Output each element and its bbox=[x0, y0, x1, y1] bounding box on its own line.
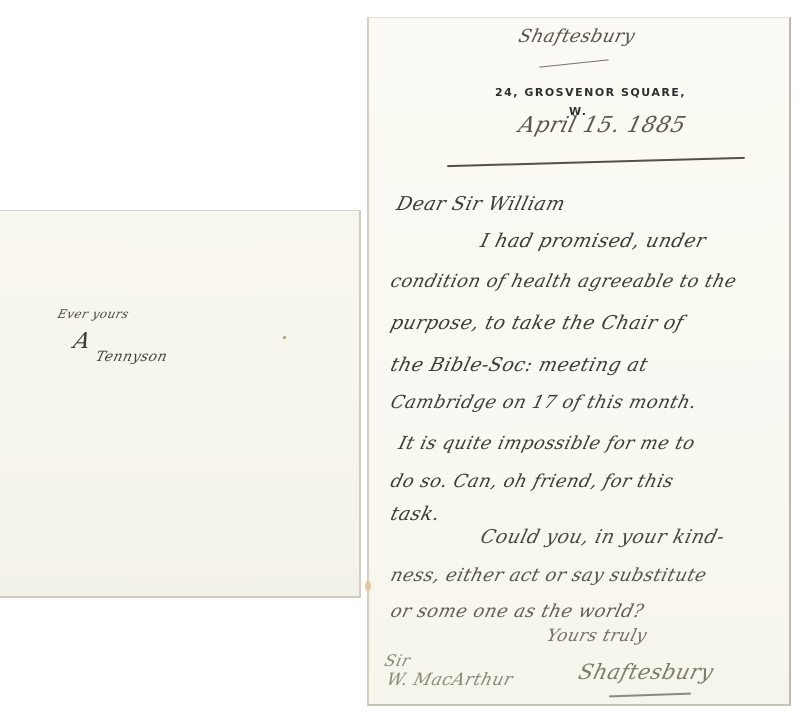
card-signature-initial: A bbox=[71, 329, 94, 354]
body-line: Cambridge on 17 of this month. bbox=[388, 392, 699, 413]
paper-speck bbox=[283, 336, 286, 339]
addressee-line1: Sir bbox=[383, 651, 413, 670]
signature-underline bbox=[609, 693, 691, 698]
body-line: task. bbox=[388, 503, 442, 525]
addressee-line2: W. MacArthur bbox=[385, 670, 516, 690]
body-line: or some one as the world? bbox=[388, 601, 646, 622]
letter-signature: Shaftesbury bbox=[576, 660, 716, 684]
letter-valediction: Yours truly bbox=[545, 626, 650, 646]
card-signature-surname: Tennyson bbox=[94, 349, 169, 365]
shaftesbury-letter: Shaftesbury 24, GROSVENOR SQUARE, W. Apr… bbox=[367, 17, 791, 706]
body-line: do so. Can, oh friend, for this bbox=[388, 471, 676, 492]
body-line: the Bible-Soc: meeting at bbox=[388, 354, 650, 376]
letterhead-address-line1: 24, GROSVENOR SQUARE, bbox=[495, 86, 686, 99]
foxing-stain bbox=[365, 581, 371, 591]
body-line: It is quite impossible for me to bbox=[396, 433, 697, 454]
body-line: Could you, in your kind- bbox=[478, 526, 727, 548]
letter-date: April 15. 1885 bbox=[516, 113, 689, 138]
body-line: purpose, to take the Chair of bbox=[388, 312, 686, 334]
body-line: I had promised, under bbox=[478, 230, 708, 252]
body-line: condition of health agreeable to the bbox=[388, 271, 739, 292]
card-closing: Ever yours bbox=[56, 307, 130, 321]
date-underline bbox=[447, 157, 745, 167]
letterhead-monogram: Shaftesbury bbox=[516, 26, 637, 47]
letter-salutation: Dear Sir William bbox=[394, 193, 567, 215]
body-line: ness, either act or say substitute bbox=[388, 565, 709, 586]
monogram-flourish bbox=[539, 59, 609, 67]
tennyson-signature-card: Ever yours A Tennyson bbox=[0, 210, 361, 598]
